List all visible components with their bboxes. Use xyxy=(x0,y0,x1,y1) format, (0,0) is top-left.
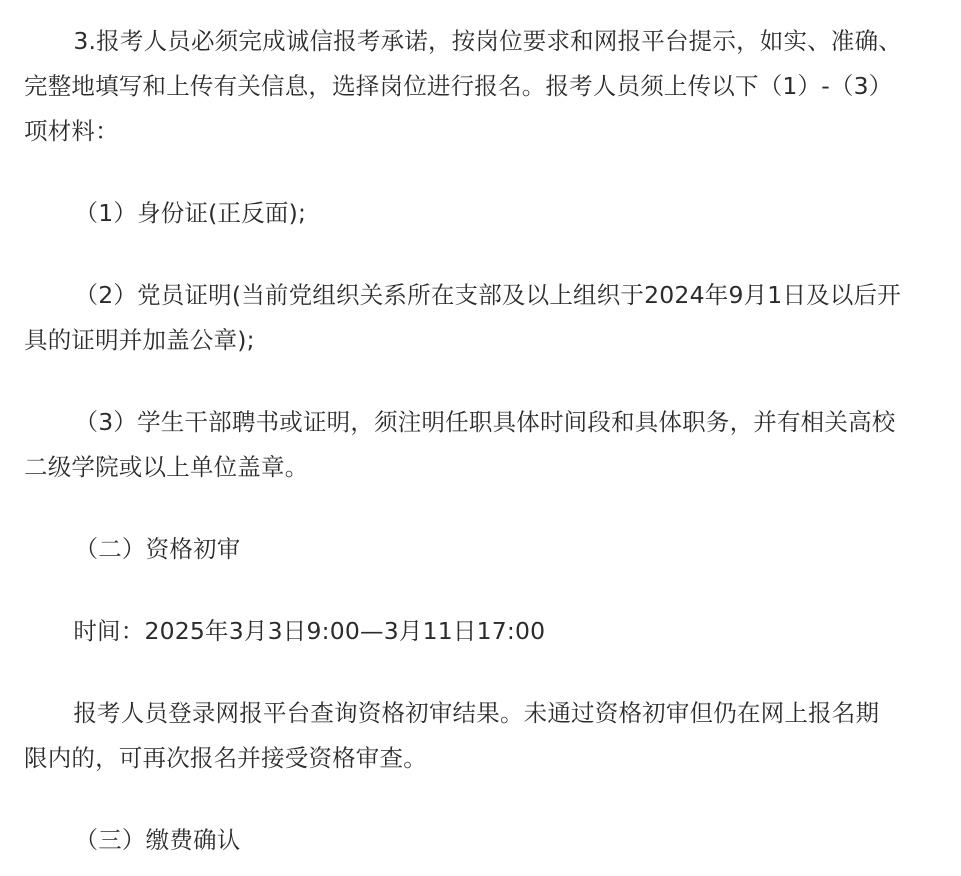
paragraph-line: 报考人员登录网报平台查询资格初审结果。未通过资格初审但仍在网上报名期 xyxy=(24,691,904,736)
paragraph-line: 限内的，可再次报名并接受资格审查。 xyxy=(24,736,904,781)
paragraph-line: （2）党员证明(当前党组织关系所在支部及以上组织于2024年9月1日及以后开 xyxy=(24,273,904,318)
paragraph-review-result: 报考人员登录网报平台查询资格初审结果。未通过资格初审但仍在网上报名期 限内的，可… xyxy=(24,691,904,781)
list-item-id-card: （1）身份证(正反面); xyxy=(24,191,904,236)
paragraph-commitment: 3.报考人员必须完成诚信报考承诺，按岗位要求和网报平台提示，如实、准确、 完整地… xyxy=(24,19,904,154)
section-heading-text: （三）缴费确认 xyxy=(24,818,904,863)
list-item-student-cadre: （3）学生干部聘书或证明，须注明任职具体时间段和具体职务，并有相关高校 二级学院… xyxy=(24,400,904,490)
section-heading-payment-confirmation: （三）缴费确认 xyxy=(24,818,904,863)
section-heading-text: （二）资格初审 xyxy=(24,527,904,572)
paragraph-line: 二级学院或以上单位盖章。 xyxy=(24,445,904,490)
list-item-party-certificate: （2）党员证明(当前党组织关系所在支部及以上组织于2024年9月1日及以后开 具… xyxy=(24,273,904,363)
section-heading-qualification-review: （二）资格初审 xyxy=(24,527,904,572)
paragraph-line: 完整地填写和上传有关信息，选择岗位进行报名。报考人员须上传以下（1）-（3） xyxy=(24,64,904,109)
paragraph-line: （1）身份证(正反面); xyxy=(24,191,904,236)
article-body: 3.报考人员必须完成诚信报考承诺，按岗位要求和网报平台提示，如实、准确、 完整地… xyxy=(24,19,904,863)
paragraph-line: 时间：2025年3月3日9:00—3月11日17:00 xyxy=(24,609,904,654)
paragraph-review-time: 时间：2025年3月3日9:00—3月11日17:00 xyxy=(24,609,904,654)
paragraph-line: （3）学生干部聘书或证明，须注明任职具体时间段和具体职务，并有相关高校 xyxy=(24,400,904,445)
paragraph-line: 3.报考人员必须完成诚信报考承诺，按岗位要求和网报平台提示，如实、准确、 xyxy=(24,19,904,64)
paragraph-line: 项材料： xyxy=(24,109,904,154)
paragraph-line: 具的证明并加盖公章); xyxy=(24,318,904,363)
